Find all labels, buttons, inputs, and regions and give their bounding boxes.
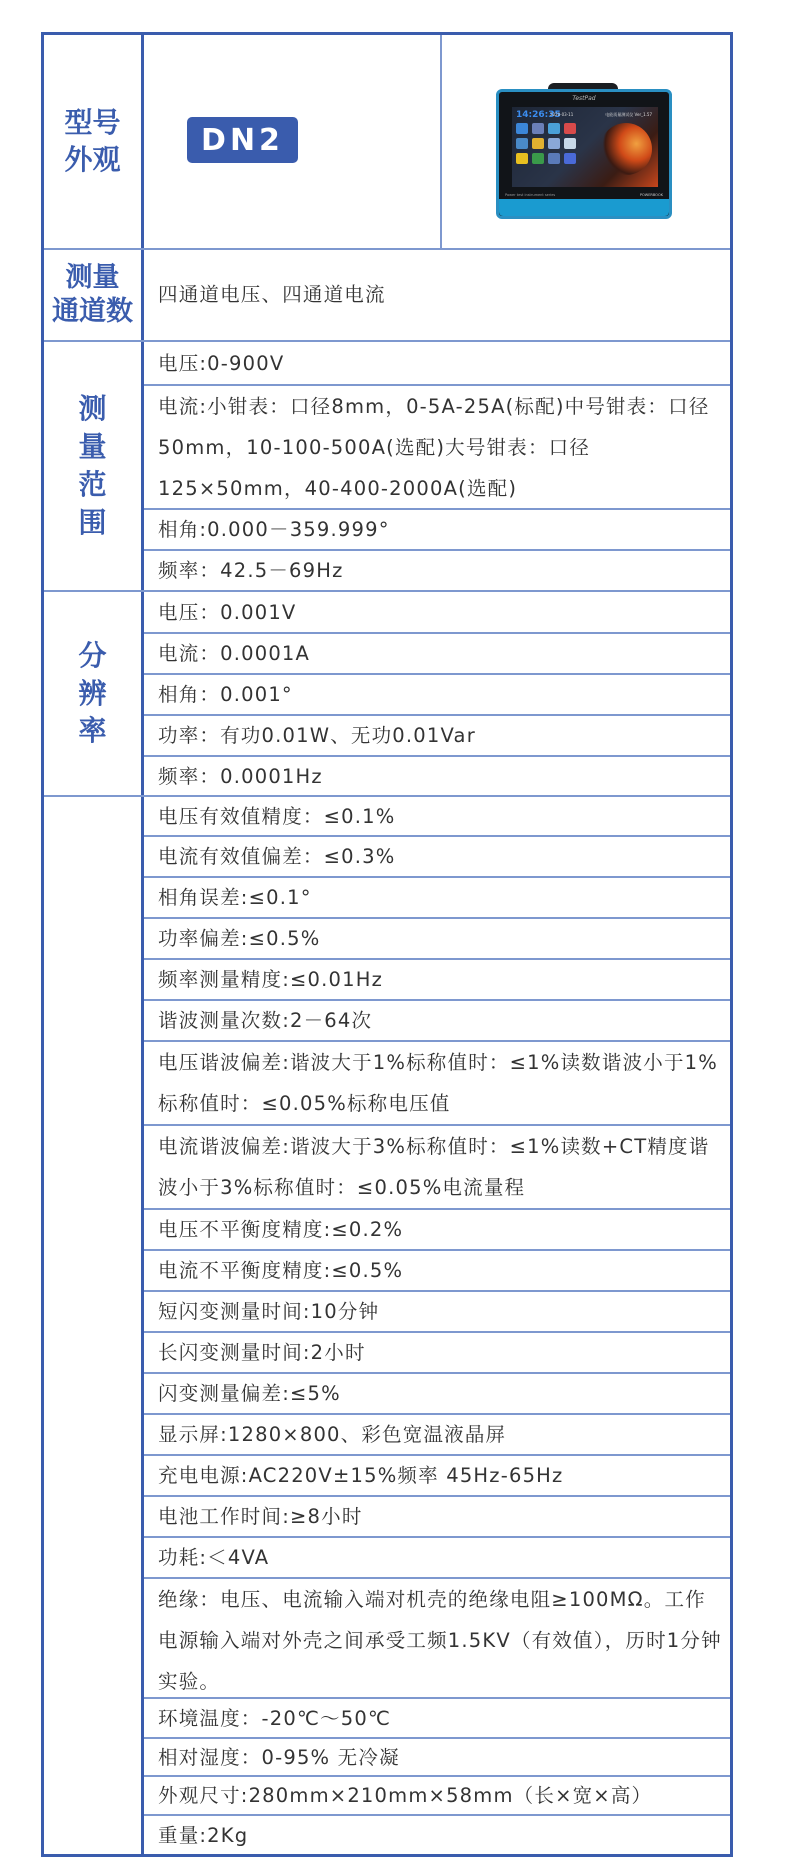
app-icon-grid [516, 123, 580, 164]
device-version: 电能质量测试仪 Ver_1.57 [605, 112, 652, 118]
spec-row: 功耗:＜4VA [144, 1536, 730, 1577]
spec-row: 充电电源:AC220V±15%频率 45Hz-65Hz [144, 1454, 730, 1495]
spec-row: 电流有效值偏差：≤0.3% [144, 835, 730, 876]
device-photo: TestPad 14:26:35 2020-03-11 电能质量测试仪 Ver_… [496, 83, 672, 219]
spec-row: 显示屏:1280×800、彩色宽温液晶屏 [144, 1413, 730, 1454]
range-group: 测 量 范 围 电压:0-900V 电流:小钳表：口径8mm，0-5A-25A(… [44, 340, 730, 590]
range-label-char: 围 [78, 504, 106, 542]
spec-row: 外观尺寸:280mm×210mm×58mm（长×宽×高） [144, 1775, 730, 1814]
channels-value: 四通道电压、四通道电流 [144, 250, 730, 338]
app-icon [564, 138, 576, 149]
spec-row: 电池工作时间:≥8小时 [144, 1495, 730, 1536]
spec-row: 相角误差:≤0.1° [144, 876, 730, 917]
spec-row: 重量:2Kg [144, 1814, 730, 1854]
app-icon [532, 138, 544, 149]
photo-cell: TestPad 14:26:35 2020-03-11 电能质量测试仪 Ver_… [442, 35, 730, 248]
app-icon [516, 153, 528, 164]
range-label: 测 量 范 围 [44, 342, 144, 590]
app-icon [516, 138, 528, 149]
resolution-power: 功率：有功0.01W、无功0.01Var [144, 714, 730, 755]
range-label-char: 量 [78, 428, 106, 466]
channels-label-line1: 测量 [52, 261, 133, 295]
channels-label: 测量 通道数 [44, 250, 144, 340]
spec-row: 电流不平衡度精度:≤0.5% [144, 1249, 730, 1290]
spec-row: 环境温度：-20℃～50℃ [144, 1697, 730, 1737]
device-date: 2020-03-11 [550, 112, 573, 117]
app-icon [548, 138, 560, 149]
resolution-label-char: 辨 [78, 675, 106, 713]
range-label-char: 测 [78, 390, 106, 428]
range-voltage: 电压:0-900V [144, 342, 730, 384]
spec-row: 电压不平衡度精度:≤0.2% [144, 1208, 730, 1249]
app-icon [564, 153, 576, 164]
device-screen: 14:26:35 2020-03-11 电能质量测试仪 Ver_1.57 [512, 107, 658, 187]
spec-row: 闪变测量偏差:≤5% [144, 1372, 730, 1413]
resolution-voltage: 电压：0.001V [144, 592, 730, 632]
app-icon [532, 153, 544, 164]
model-row: 型号 外观 DN2 TestPad 14:26:35 2020-03-11 电能… [44, 35, 730, 248]
device-brand: TestPad [499, 95, 669, 102]
device-logo: POWERBOOK [640, 193, 663, 197]
specs-label [44, 797, 144, 1854]
resolution-frequency: 频率：0.0001Hz [144, 755, 730, 795]
channels-row: 测量 通道数 四通道电压、四通道电流 [44, 248, 730, 340]
spec-table: 型号 外观 DN2 TestPad 14:26:35 2020-03-11 电能… [41, 32, 733, 1857]
range-current: 电流:小钳表：口径8mm，0-5A-25A(标配)中号钳表：口径50mm，10-… [144, 384, 730, 508]
device-footer-text: Power test instrument series [505, 193, 555, 197]
app-icon [548, 153, 560, 164]
device-blue-strip [499, 199, 669, 216]
resolution-phase: 相角：0.001° [144, 673, 730, 714]
model-label-line1: 型号 [64, 105, 120, 141]
resolution-label-char: 分 [78, 637, 106, 675]
spec-row: 短闪变测量时间:10分钟 [144, 1290, 730, 1331]
spec-row: 电压谐波偏差:谐波大于1%标称值时：≤1%读数谐波小于1%标称值时：≤0.05%… [144, 1040, 730, 1124]
specs-group: 电压有效值精度：≤0.1% 电流有效值偏差：≤0.3% 相角误差:≤0.1° 功… [44, 795, 730, 1854]
model-badge: DN2 [187, 117, 298, 163]
gauge-graphic [600, 123, 652, 175]
spec-row: 电流谐波偏差:谐波大于3%标称值时：≤1%读数+CT精度谐波小于3%标称值时：≤… [144, 1124, 730, 1208]
channels-label-line2: 通道数 [52, 295, 133, 329]
spec-row: 功率偏差:≤0.5% [144, 917, 730, 958]
app-icon [564, 123, 576, 134]
range-frequency: 频率：42.5－69Hz [144, 549, 730, 590]
spec-row: 绝缘：电压、电流输入端对机壳的绝缘电阻≥100MΩ。工作电源输入端对外壳之间承受… [144, 1577, 730, 1697]
resolution-label: 分 辨 率 [44, 592, 144, 795]
spec-row: 电压有效值精度：≤0.1% [144, 797, 730, 835]
device-body: TestPad 14:26:35 2020-03-11 电能质量测试仪 Ver_… [496, 89, 672, 219]
model-cell: DN2 [144, 35, 442, 248]
resolution-current: 电流：0.0001A [144, 632, 730, 673]
app-icon [532, 123, 544, 134]
range-label-char: 范 [78, 466, 106, 504]
resolution-label-char: 率 [78, 712, 106, 750]
resolution-group: 分 辨 率 电压：0.001V 电流：0.0001A 相角：0.001° 功率：… [44, 590, 730, 795]
spec-row: 谐波测量次数:2－64次 [144, 999, 730, 1040]
range-phase: 相角:0.000－359.999° [144, 508, 730, 549]
app-icon [548, 123, 560, 134]
model-label: 型号 外观 [44, 35, 144, 248]
app-icon [516, 123, 528, 134]
spec-row: 长闪变测量时间:2小时 [144, 1331, 730, 1372]
spec-row: 频率测量精度:≤0.01Hz [144, 958, 730, 999]
spec-row: 相对湿度：0-95% 无冷凝 [144, 1737, 730, 1775]
model-label-line2: 外观 [64, 142, 120, 178]
